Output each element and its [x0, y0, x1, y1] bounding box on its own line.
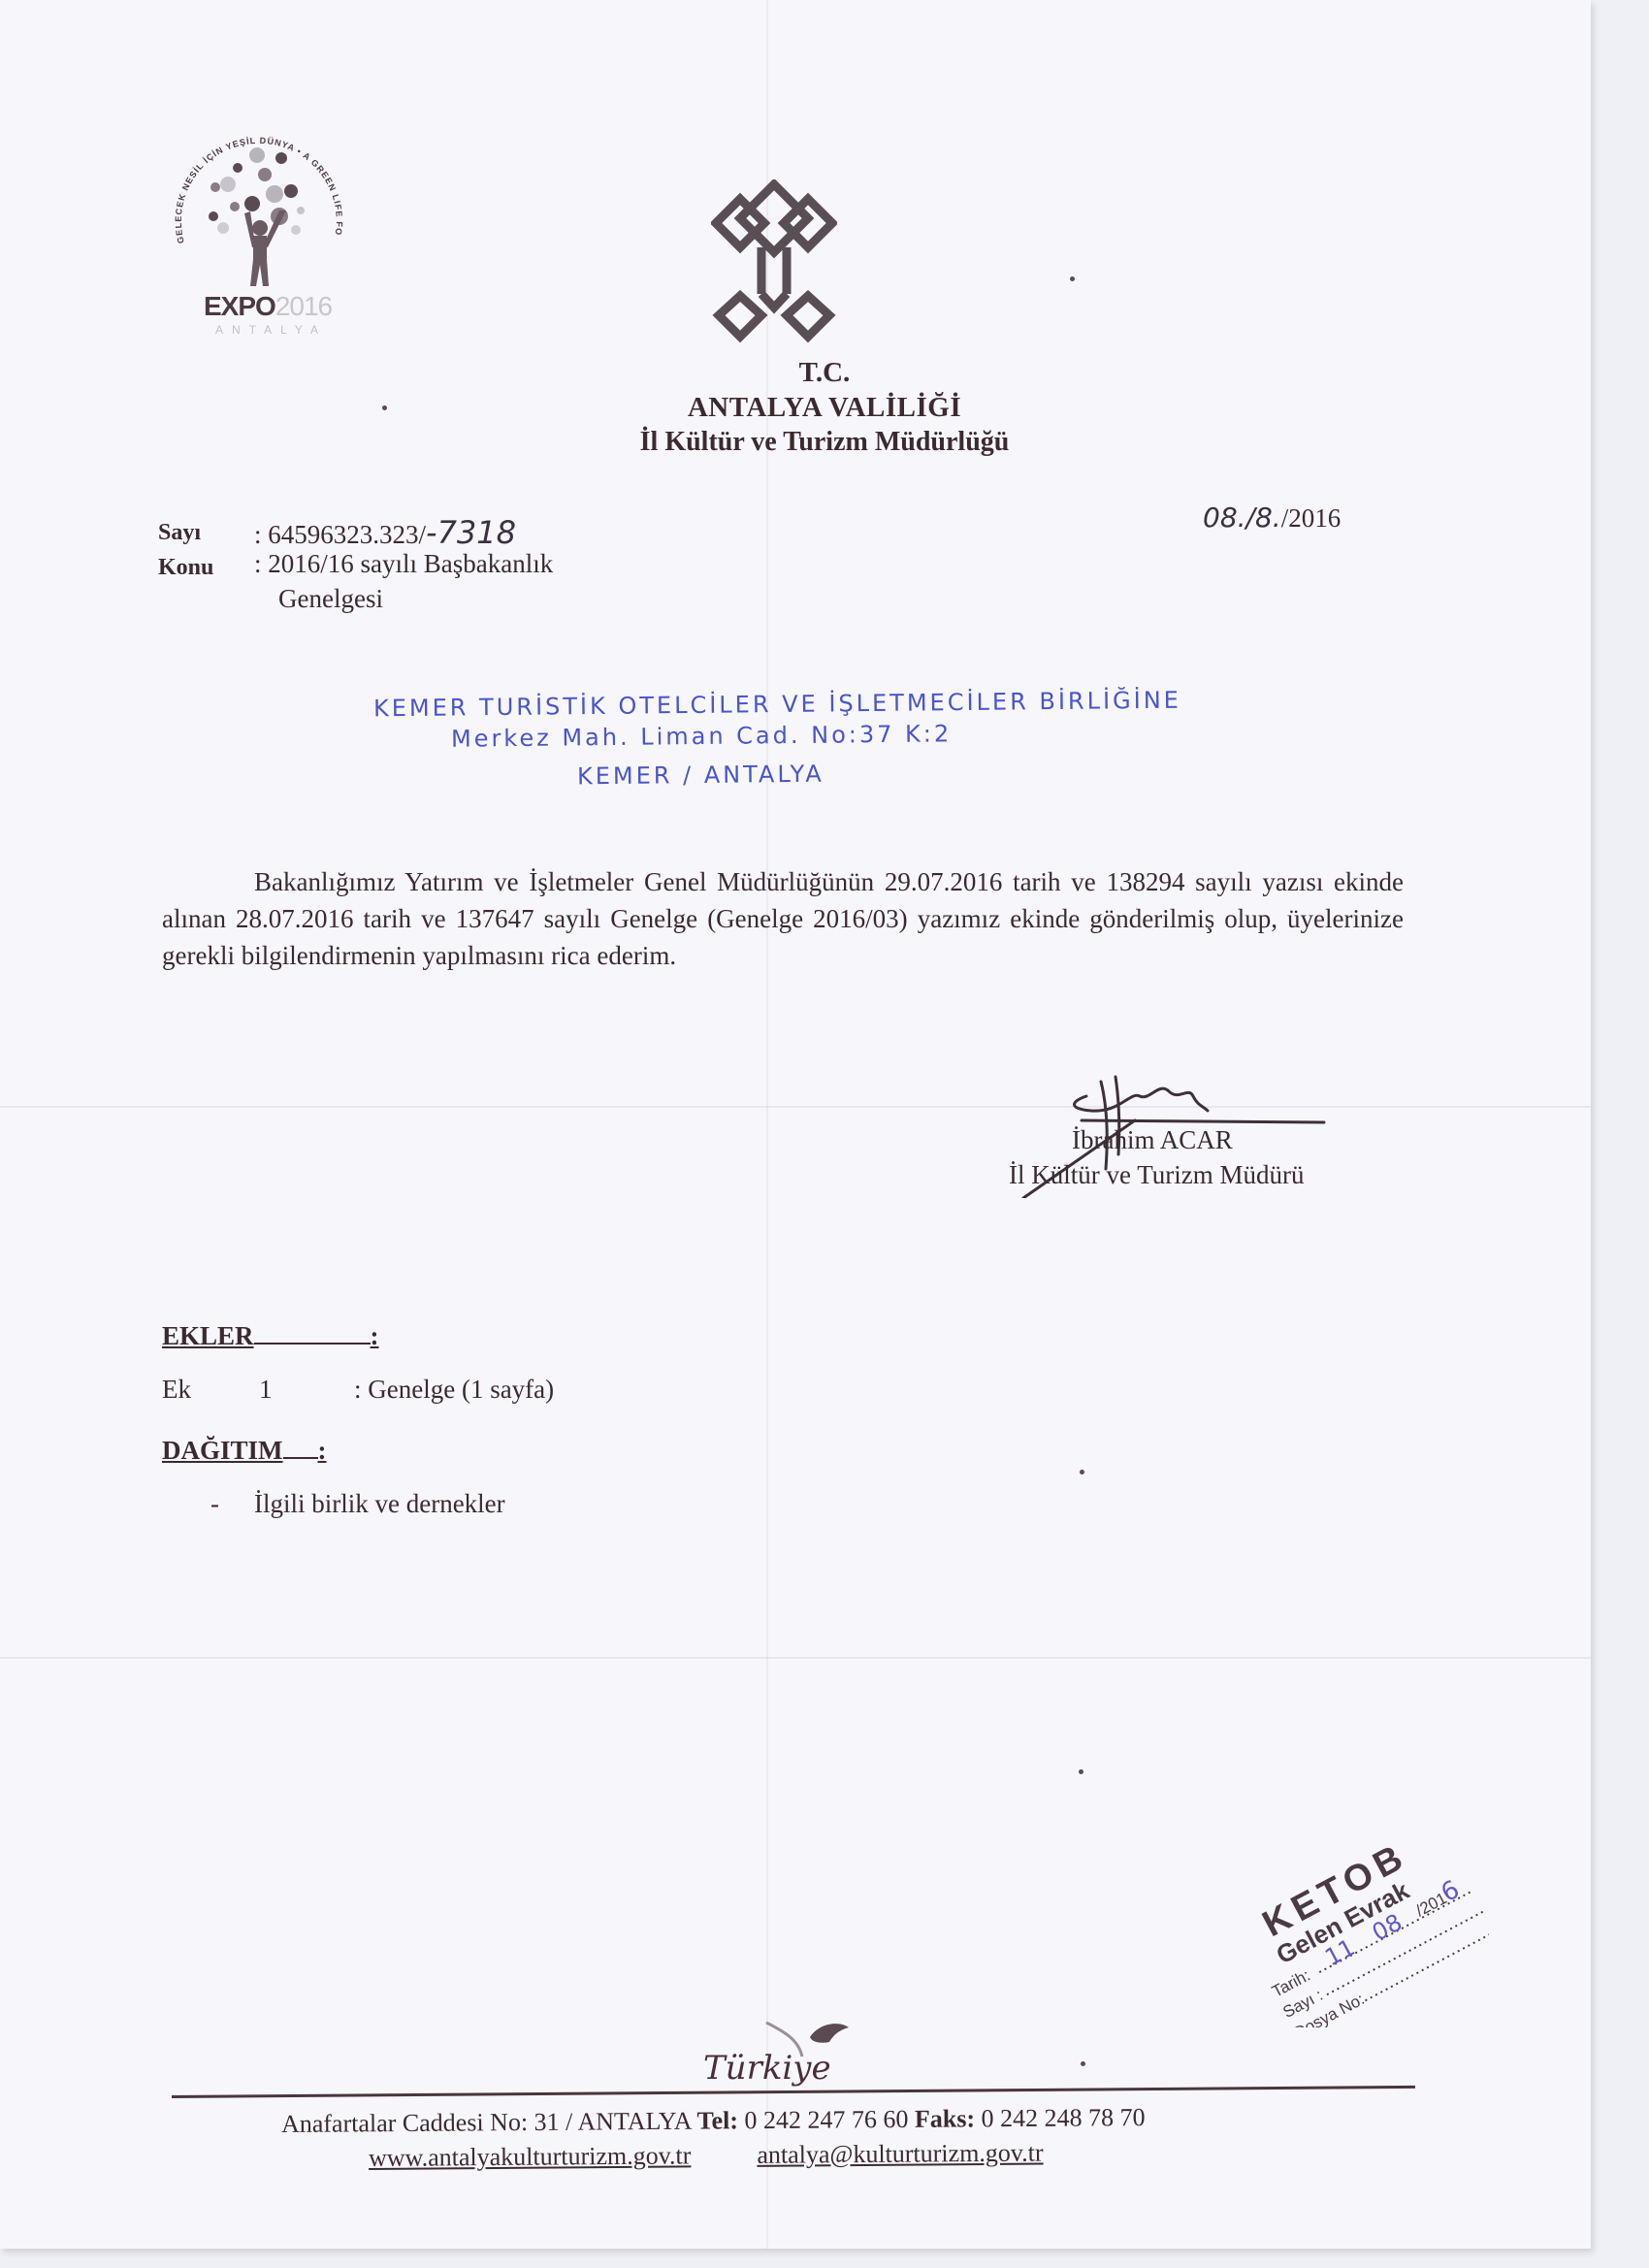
scan-speck: [1079, 1769, 1083, 1774]
expo-2016-logo: GELECEK NESİL İÇİN YEŞİL DÜNYA • A GREEN…: [155, 102, 359, 335]
recipient-line-3: KEMER / ANTALYA: [577, 761, 824, 791]
footer-address: Anafartalar Caddesi No: 31 / ANTALYA Tel…: [281, 2103, 1146, 2139]
konu-value: : 2016/16 sayılı Başbakanlık: [254, 549, 553, 579]
body-paragraph: Bakanlığımız Yatırım ve İşletmeler Genel…: [162, 863, 1404, 974]
scan-speck: [1070, 276, 1075, 281]
ketob-incoming-stamp: KETOB Gelen Evrak Tarih: Sayı : Dosya No…: [1217, 1804, 1489, 2027]
document-date: 08./8./2016: [1203, 502, 1341, 534]
rubber-stamp-icon: KETOB Gelen Evrak Tarih: Sayı : Dosya No…: [1217, 1804, 1489, 2027]
turkiye-logo: Türkiye: [694, 2013, 902, 2090]
website-link[interactable]: www.antalyakulturturizm.gov.tr: [369, 2141, 692, 2172]
signatory-title: İl Kültür ve Turizm Müdürü: [1009, 1160, 1305, 1190]
signatory-name: İbrahim ACAR: [1072, 1125, 1233, 1155]
konu-label: Konu: [158, 555, 213, 581]
header-directorate: İl Kültür ve Turizm Müdürlüğü: [388, 427, 1261, 458]
date-handwritten: 08./8.: [1203, 502, 1281, 534]
paper-fold-line: [0, 1657, 1591, 1659]
turkiye-tulip-icon: Türkiye: [694, 2013, 902, 2090]
attachments-heading: EKLER:: [162, 1321, 379, 1351]
svg-text:Türkiye: Türkiye: [703, 2049, 831, 2088]
distribution-item: -İlgili birlik ve dernekler: [210, 1489, 505, 1519]
ministry-emblem: [711, 179, 837, 344]
distribution-heading: DAĞITIM:: [162, 1436, 327, 1466]
sayi-label: Sayı: [158, 520, 201, 546]
email-link[interactable]: antalya@kulturturizm.gov.tr: [757, 2139, 1043, 2169]
scan-speck: [382, 405, 387, 410]
expo-wordmark: EXPO2016: [204, 291, 332, 322]
header-governorship: ANTALYA VALİLİĞİ: [388, 392, 1261, 424]
document-page: GELECEK NESİL İÇİN YEŞİL DÜNYA • A GREEN…: [0, 0, 1591, 2249]
attachment-item: Ek1: Genelge (1 sayfa): [162, 1375, 554, 1405]
footer-links: www.antalyakulturturizm.gov.tr antalya@k…: [369, 2139, 1044, 2173]
footer-fax: 0 242 248 78 70: [981, 2103, 1145, 2132]
konu-value-cont: Genelgesi: [278, 584, 383, 614]
expo-2016-tree-child-icon: GELECEK NESİL İÇİN YEŞİL DÜNYA • A GREEN…: [155, 102, 359, 296]
sayi-handwritten-number: -7318: [426, 514, 516, 551]
paper-fold-line: [0, 1106, 1591, 1108]
recipient-line-1: KEMER TURİSTİK OTELCİLER VE İŞLETMECİLER…: [373, 687, 1181, 723]
sayi-value: : 64596323.323/-7318: [254, 514, 516, 551]
culture-tourism-ministry-knot-icon: [711, 179, 837, 344]
expo-city: ANTALYA: [215, 323, 327, 337]
scan-speck: [1080, 1470, 1084, 1474]
recipient-line-2: Merkez Mah. Liman Cad. No:37 K:2: [451, 720, 952, 752]
footer-phone: 0 242 247 76 60: [744, 2105, 908, 2134]
header-tc: T.C.: [388, 357, 1261, 389]
scan-speck: [1081, 2061, 1085, 2066]
